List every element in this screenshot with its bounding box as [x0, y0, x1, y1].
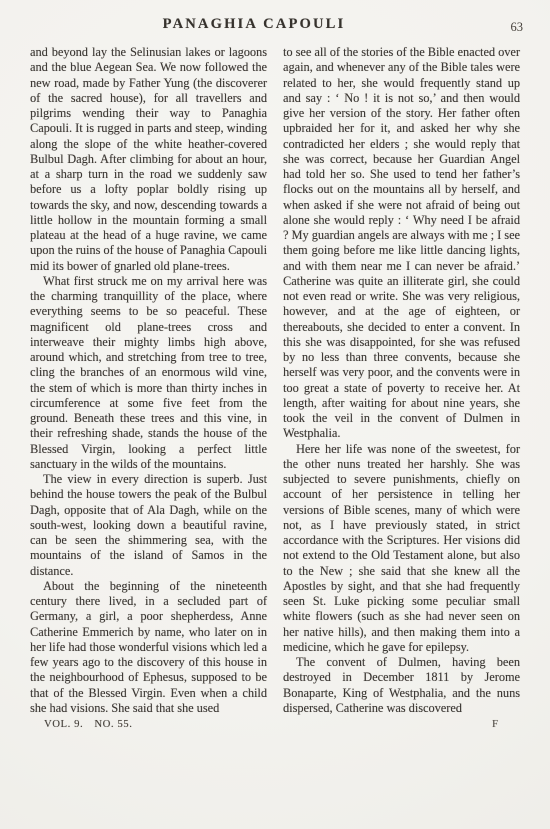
left-column: and beyond lay the Selinusian lakes or l…: [30, 45, 267, 732]
text-columns: and beyond lay the Selinusian lakes or l…: [30, 45, 520, 732]
printer-signature-mark: F: [283, 717, 498, 732]
volume-issue-line: VOL. 9. NO. 55.: [44, 717, 267, 732]
paragraph: Here her life was none of the sweetest, …: [283, 442, 520, 656]
paragraph: About the beginning of the nineteenth ce…: [30, 579, 267, 716]
paragraph-continuation: and beyond lay the Selinusian lakes or l…: [30, 45, 267, 274]
book-page: PANAGHIA CAPOULI 63 and beyond lay the S…: [0, 0, 550, 829]
right-column: to see all of the stories of the Bible e…: [283, 45, 520, 732]
paragraph: The view in every direction is superb. J…: [30, 472, 267, 579]
page-number: 63: [511, 20, 524, 35]
page-title: PANAGHIA CAPOULI: [0, 16, 550, 33]
paragraph-continuation: to see all of the stories of the Bible e…: [283, 45, 520, 442]
page-header: PANAGHIA CAPOULI 63: [0, 0, 550, 42]
paragraph: What first struck me on my arrival here …: [30, 274, 267, 472]
paragraph: The convent of Dulmen, having been destr…: [283, 655, 520, 716]
